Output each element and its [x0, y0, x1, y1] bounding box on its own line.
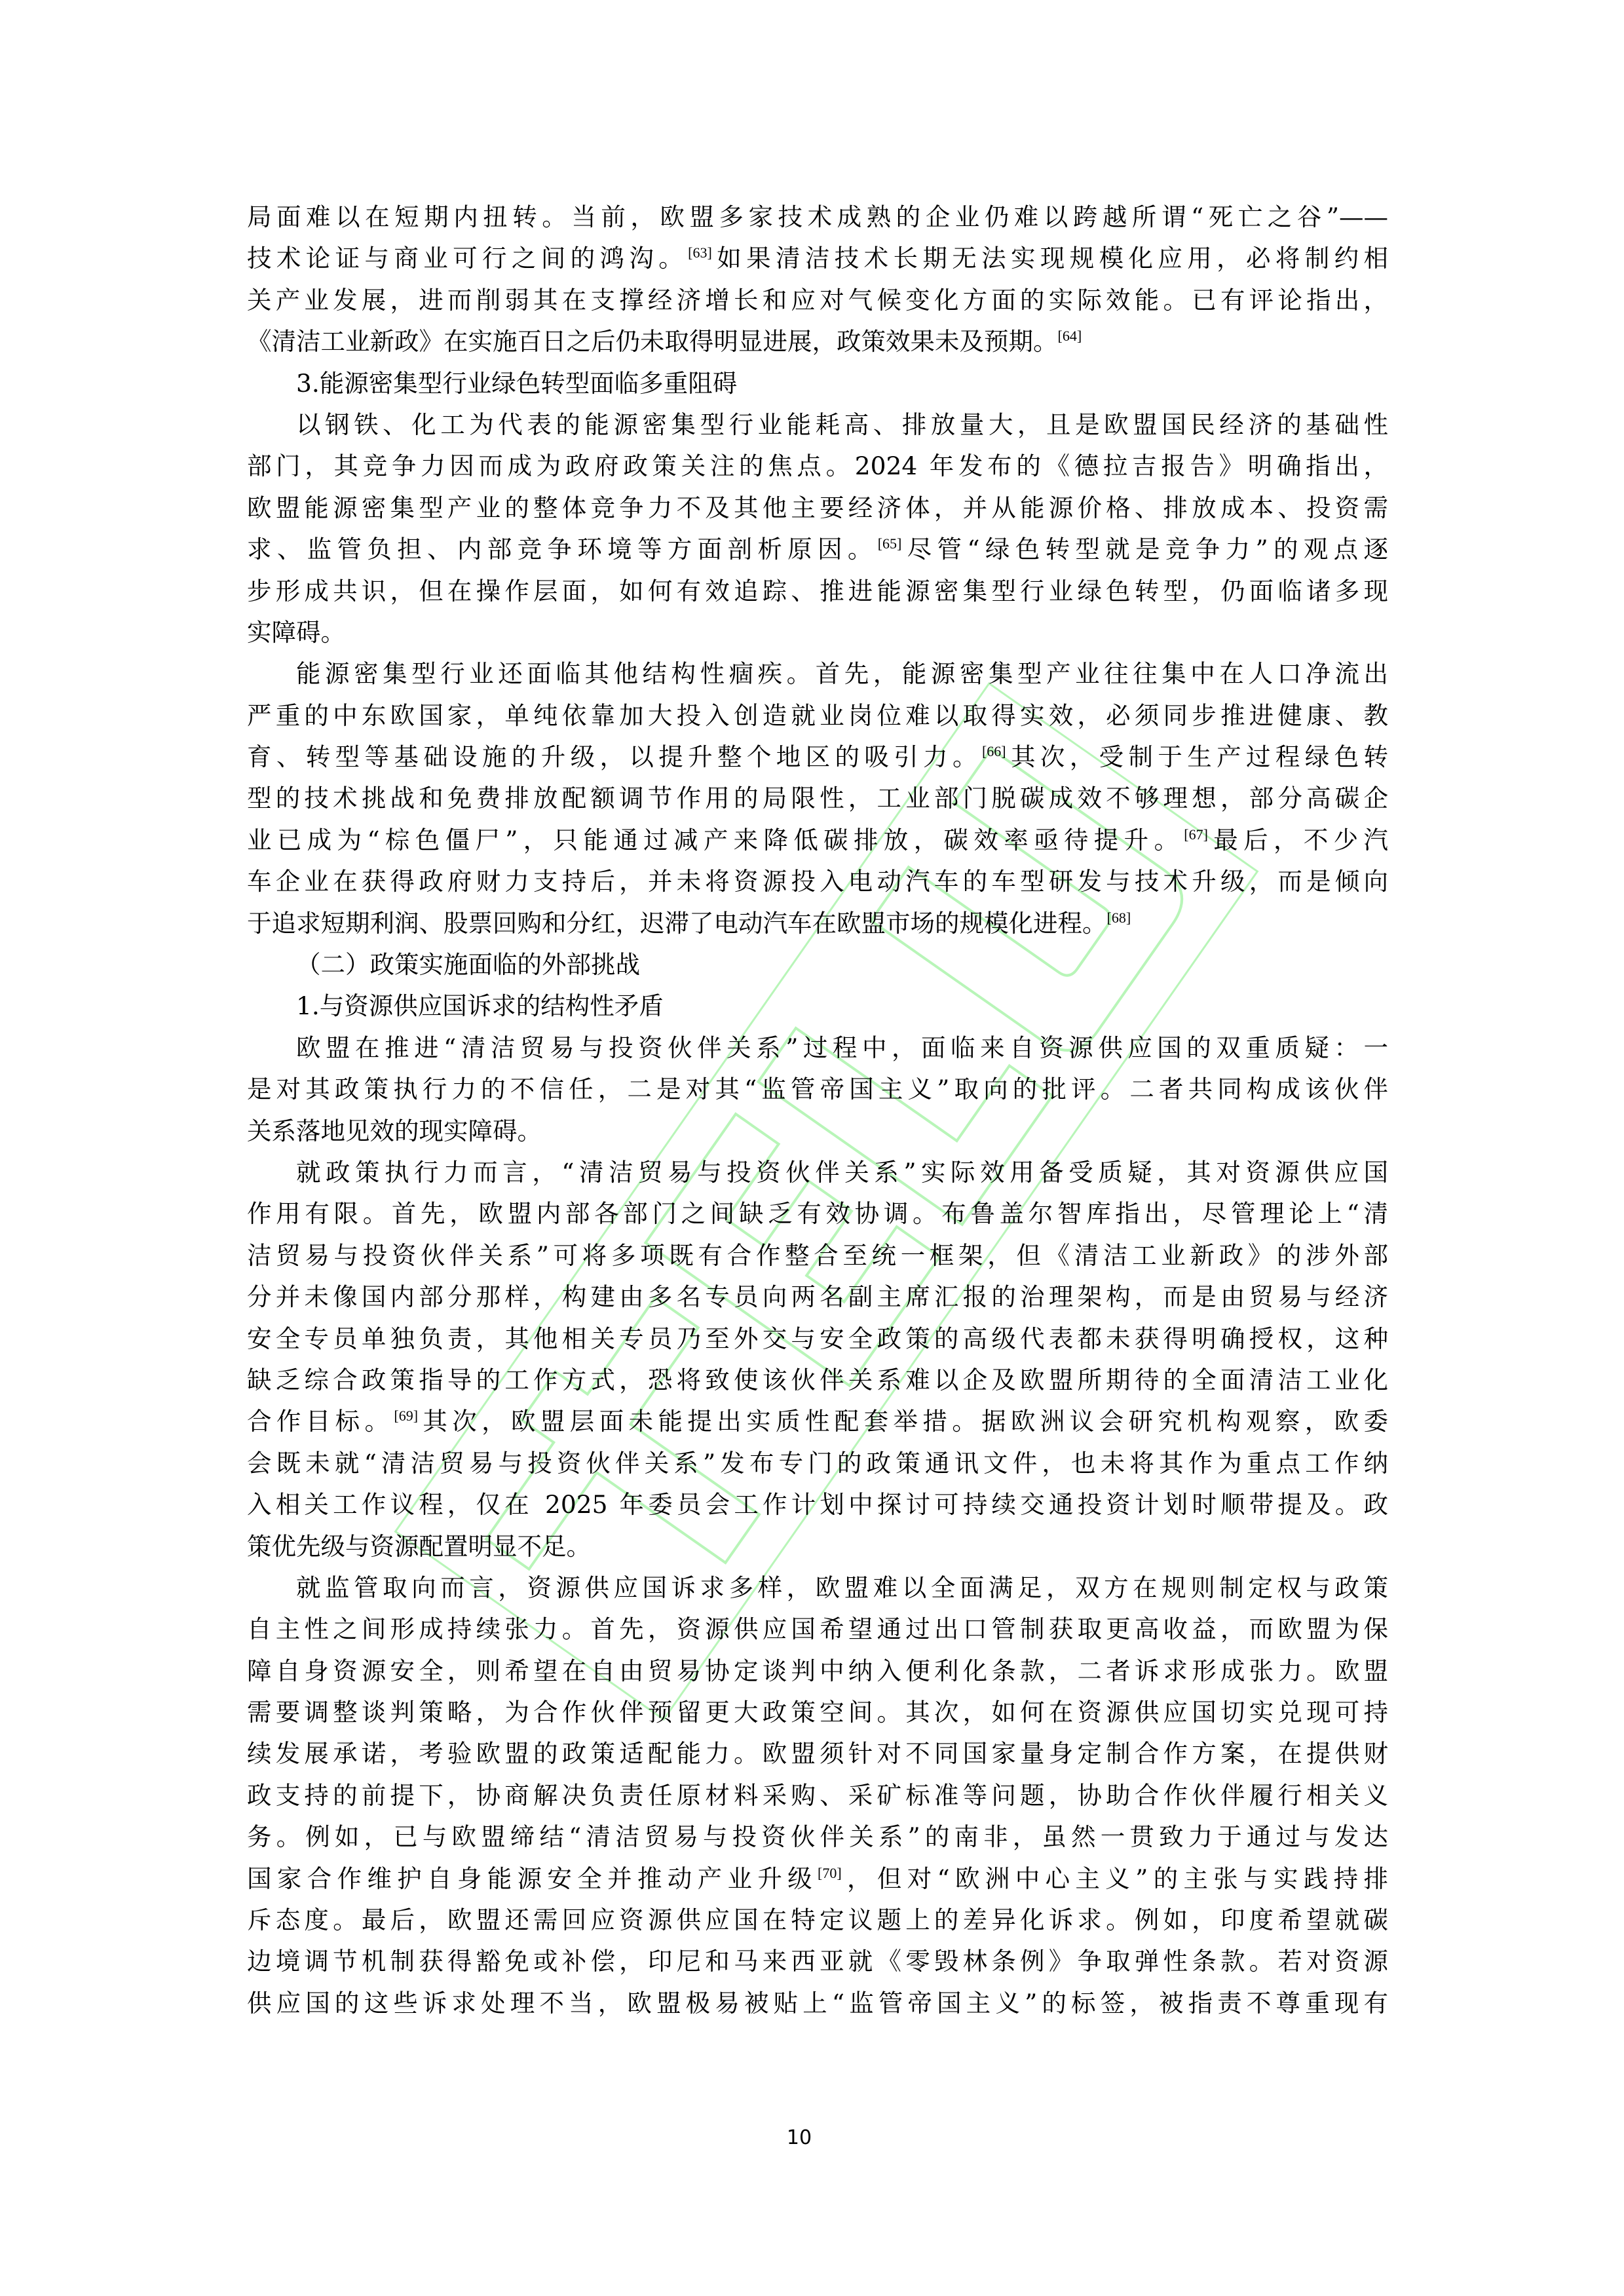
- citation-ref: [65]: [878, 535, 902, 552]
- paragraph: 就监管取向而言，资源供应国诉求多样，欧盟难以全面满足，双方在规则制定权与政策自主…: [247, 1567, 1388, 2024]
- text-segment: 国家合作维护自身能源安全并推动产业升级: [247, 1864, 818, 1893]
- text-segment: 就政策执行力而言，“清洁贸易与投资伙伴关系”实际效用备受质疑，其对资源供应国: [296, 1158, 1388, 1187]
- text-segment: 分并未像国内部分那样，构建由多名专员向两名副主席汇报的治理架构，而是由贸易与经济: [247, 1282, 1388, 1311]
- text-segment: 关系落地见效的现实障碍。: [247, 1117, 542, 1145]
- text-line: 部门，其竞争力因而成为政府政策关注的焦点。2024 年发布的《德拉吉报告》明确指…: [247, 446, 1388, 487]
- paragraph: 欧盟在推进“清洁贸易与投资伙伴关系”过程中，面临来自资源供应国的双重质疑：一是对…: [247, 1027, 1388, 1152]
- text-segment: 入相关工作议程，仅在 2025 年委员会工作计划中探讨可持续交通投资计划时顺带提…: [247, 1490, 1388, 1519]
- text-line: 3.能源密集型行业绿色转型面临多重阻碍: [247, 363, 1388, 404]
- text-segment: 局面难以在短期内扭转。当前，欧盟多家技术成熟的企业仍难以跨越所谓“死亡之谷”——: [247, 202, 1388, 231]
- text-segment: 续发展承诺，考验欧盟的政策适配能力。欧盟须针对不同国家量身定制合作方案，在提供财: [247, 1739, 1388, 1768]
- text-segment: 尽管“绿色转型就是竞争力”的观点逐: [901, 535, 1388, 564]
- text-segment: 务。例如，已与欧盟缔结“清洁贸易与投资伙伴关系”的南非，虽然一贯致力于通过与发达: [247, 1822, 1388, 1851]
- text-line: 实障碍。: [247, 612, 1388, 653]
- text-line: （二）政策实施面临的外部挑战: [247, 944, 1388, 985]
- text-line: 分并未像国内部分那样，构建由多名专员向两名副主席汇报的治理架构，而是由贸易与经济: [247, 1276, 1388, 1318]
- text-line: 障自身资源安全，则希望在自由贸易协定谈判中纳入便利化条款，二者诉求形成张力。欧盟: [247, 1651, 1388, 1692]
- citation-ref: [69]: [394, 1407, 418, 1424]
- text-line: 边境调节机制获得豁免或补偿，印尼和马来西亚就《零毁林条例》争取弹性条款。若对资源: [247, 1941, 1388, 1982]
- text-segment: 车企业在获得政府财力支持后，并未将资源投入电动汽车的车型研发与技术升级，而是倾向: [247, 867, 1388, 896]
- text-line: 步形成共识，但在操作层面，如何有效追踪、推进能源密集型行业绿色转型，仍面临诸多现: [247, 571, 1388, 612]
- paragraph: 就政策执行力而言，“清洁贸易与投资伙伴关系”实际效用备受质疑，其对资源供应国作用…: [247, 1152, 1388, 1567]
- text-line: 关系落地见效的现实障碍。: [247, 1111, 1388, 1152]
- text-line: 1.与资源供应国诉求的结构性矛盾: [247, 985, 1388, 1027]
- text-segment: 安全专员单独负责，其他相关专员乃至外交与安全政策的高级代表都未获得明确授权，这种: [247, 1324, 1388, 1353]
- citation-ref: [70]: [818, 1865, 842, 1881]
- text-segment: 严重的中东欧国家，单纯依靠加大投入创造就业岗位难以取得实效，必须同步推进健康、教: [247, 701, 1388, 730]
- text-line: 技术论证与商业可行之间的鸿沟。[63]如果清洁技术长期无法实现规模化应用，必将制…: [247, 238, 1388, 279]
- text-line: 车企业在获得政府财力支持后，并未将资源投入电动汽车的车型研发与技术升级，而是倾向: [247, 861, 1388, 902]
- text-line: 续发展承诺，考验欧盟的政策适配能力。欧盟须针对不同国家量身定制合作方案，在提供财: [247, 1733, 1388, 1774]
- text-segment: 步形成共识，但在操作层面，如何有效追踪、推进能源密集型行业绿色转型，仍面临诸多现: [247, 577, 1388, 605]
- citation-ref: [64]: [1058, 328, 1082, 344]
- text-segment: 自主性之间形成持续张力。首先，资源供应国希望通过出口管制获取更高收益，而欧盟为保: [247, 1615, 1388, 1643]
- text-segment: 型的技术挑战和免费排放配额调节作用的局限性，工业部门脱碳成效不够理想，部分高碳企: [247, 784, 1388, 813]
- text-segment: 《清洁工业新政》在实施百日之后仍未取得明显进展，政策效果未及预期。: [247, 327, 1058, 356]
- text-line: 会既未就“清洁贸易与投资伙伴关系”发布专门的政策通讯文件，也未将其作为重点工作纳: [247, 1443, 1388, 1484]
- text-line: 策优先级与资源配置明显不足。: [247, 1526, 1388, 1567]
- text-line: 是对其政策执行力的不信任，二是对其“监管帝国主义”取向的批评。二者共同构成该伙伴: [247, 1069, 1388, 1110]
- text-segment: 于追求短期利润、股票回购和分红，迟滞了电动汽车在欧盟市场的规模化进程。: [247, 909, 1107, 938]
- text-segment: 其次，欧盟层面未能提出实质性配套举措。据欧洲议会研究机构观察，欧委: [418, 1407, 1388, 1436]
- body-text: 局面难以在短期内扭转。当前，欧盟多家技术成熟的企业仍难以跨越所谓“死亡之谷”——…: [247, 197, 1388, 2024]
- text-segment: 合作目标。: [247, 1407, 394, 1436]
- text-segment: 斥态度。最后，欧盟还需回应资源供应国在特定议题上的差异化诉求。例如，印度希望就碳: [247, 1905, 1388, 1934]
- text-segment: 需要调整谈判策略，为合作伙伴预留更大政策空间。其次，如何在资源供应国切实兑现可持: [247, 1698, 1388, 1727]
- text-segment: 作用有限。首先，欧盟内部各部门之间缺乏有效协调。布鲁盖尔智库指出，尽管理论上“清: [247, 1199, 1388, 1228]
- text-segment: 会既未就“清洁贸易与投资伙伴关系”发布专门的政策通讯文件，也未将其作为重点工作纳: [247, 1449, 1388, 1478]
- page-number: 10: [773, 2126, 825, 2149]
- text-line: 供应国的这些诉求处理不当，欧盟极易被贴上“监管帝国主义”的标签，被指责不尊重现有: [247, 1983, 1388, 2024]
- text-segment: 其次，受制于生产过程绿色转: [1006, 742, 1388, 771]
- text-line: 育、转型等基础设施的升级，以提升整个地区的吸引力。[66]其次，受制于生产过程绿…: [247, 737, 1388, 778]
- text-line: 需要调整谈判策略，为合作伙伴预留更大政策空间。其次，如何在资源供应国切实兑现可持: [247, 1692, 1388, 1733]
- text-segment: 供应国的这些诉求处理不当，欧盟极易被贴上“监管帝国主义”的标签，被指责不尊重现有: [247, 1989, 1388, 2018]
- text-line: 型的技术挑战和免费排放配额调节作用的局限性，工业部门脱碳成效不够理想，部分高碳企: [247, 778, 1388, 819]
- citation-ref: [67]: [1184, 826, 1208, 843]
- text-segment: 欧盟能源密集型产业的整体竞争力不及其他主要经济体，并从能源价格、排放成本、投资需: [247, 493, 1388, 522]
- text-line: 斥态度。最后，欧盟还需回应资源供应国在特定议题上的差异化诉求。例如，印度希望就碳: [247, 1900, 1388, 1941]
- text-line: 政支持的前提下，协商解决负责任原材料采购、采矿标准等问题，协助合作伙伴履行相关义: [247, 1775, 1388, 1816]
- citation-ref: [63]: [688, 244, 712, 261]
- text-segment: 边境调节机制获得豁免或补偿，印尼和马来西亚就《零毁林条例》争取弹性条款。若对资源: [247, 1947, 1388, 1976]
- text-segment: 关产业发展，进而削弱其在支撑经济增长和应对气候变化方面的实际效能。已有评论指出，: [247, 286, 1388, 315]
- paragraph: 能源密集型行业还面临其他结构性痼疾。首先，能源密集型产业往往集中在人口净流出严重…: [247, 653, 1388, 944]
- text-segment: 洁贸易与投资伙伴关系”可将多项既有合作整合至统一框架，但《清洁工业新政》的涉外部: [247, 1241, 1388, 1270]
- text-line: 自主性之间形成持续张力。首先，资源供应国希望通过出口管制获取更高收益，而欧盟为保: [247, 1609, 1388, 1650]
- text-line: 于追求短期利润、股票回购和分红，迟滞了电动汽车在欧盟市场的规模化进程。[68]: [247, 903, 1388, 944]
- text-segment: 1.与资源供应国诉求的结构性矛盾: [296, 991, 664, 1020]
- text-line: 洁贸易与投资伙伴关系”可将多项既有合作整合至统一框架，但《清洁工业新政》的涉外部: [247, 1235, 1388, 1276]
- text-segment: 部门，其竞争力因而成为政府政策关注的焦点。2024 年发布的《德拉吉报告》明确指…: [247, 451, 1388, 480]
- text-line: 以钢铁、化工为代表的能源密集型行业能耗高、排放量大，且是欧盟国民经济的基础性: [247, 404, 1388, 446]
- text-line: 就监管取向而言，资源供应国诉求多样，欧盟难以全面满足，双方在规则制定权与政策: [247, 1567, 1388, 1609]
- text-segment: 欧盟在推进“清洁贸易与投资伙伴关系”过程中，面临来自资源供应国的双重质疑：一: [296, 1033, 1388, 1062]
- text-line: 《清洁工业新政》在实施百日之后仍未取得明显进展，政策效果未及预期。[64]: [247, 321, 1388, 362]
- text-segment: 求、监管负担、内部竞争环境等方面剖析原因。: [247, 535, 878, 564]
- text-line: 务。例如，已与欧盟缔结“清洁贸易与投资伙伴关系”的南非，虽然一贯致力于通过与发达: [247, 1816, 1388, 1858]
- text-line: 局面难以在短期内扭转。当前，欧盟多家技术成熟的企业仍难以跨越所谓“死亡之谷”——: [247, 197, 1388, 238]
- text-line: 欧盟在推进“清洁贸易与投资伙伴关系”过程中，面临来自资源供应国的双重质疑：一: [247, 1027, 1388, 1069]
- citation-ref: [68]: [1107, 909, 1131, 926]
- text-segment: 业已成为“棕色僵尸”，只能通过减产来降低碳排放，碳效率亟待提升。: [247, 826, 1184, 854]
- text-segment: 实障碍。: [247, 618, 345, 647]
- text-segment: 育、转型等基础设施的升级，以提升整个地区的吸引力。: [247, 742, 982, 771]
- text-segment: 如果清洁技术长期无法实现规模化应用，必将制约相: [712, 244, 1388, 273]
- text-line: 严重的中东欧国家，单纯依靠加大投入创造就业岗位难以取得实效，必须同步推进健康、教: [247, 695, 1388, 737]
- text-segment: 3.能源密集型行业绿色转型面临多重阻碍: [296, 369, 737, 398]
- text-segment: 缺乏综合政策指导的工作方式，恐将致使该伙伴关系难以企及欧盟所期待的全面清洁工业化: [247, 1366, 1388, 1394]
- text-line: 入相关工作议程，仅在 2025 年委员会工作计划中探讨可持续交通投资计划时顺带提…: [247, 1484, 1388, 1525]
- text-line: 关产业发展，进而削弱其在支撑经济增长和应对气候变化方面的实际效能。已有评论指出，: [247, 280, 1388, 321]
- text-segment: 是对其政策执行力的不信任，二是对其“监管帝国主义”取向的批评。二者共同构成该伙伴: [247, 1075, 1388, 1103]
- text-segment: 最后，不少汽: [1208, 826, 1388, 854]
- text-line: 合作目标。[69]其次，欧盟层面未能提出实质性配套举措。据欧洲议会研究机构观察，…: [247, 1401, 1388, 1442]
- section-heading: 3.能源密集型行业绿色转型面临多重阻碍: [247, 363, 1388, 404]
- text-segment: 就监管取向而言，资源供应国诉求多样，欧盟难以全面满足，双方在规则制定权与政策: [296, 1573, 1388, 1602]
- text-segment: 技术论证与商业可行之间的鸿沟。: [247, 244, 688, 273]
- text-segment: ，但对“欧洲中心主义”的主张与实践持排: [842, 1864, 1388, 1893]
- paragraph: 以钢铁、化工为代表的能源密集型行业能耗高、排放量大，且是欧盟国民经济的基础性部门…: [247, 404, 1388, 653]
- text-line: 业已成为“棕色僵尸”，只能通过减产来降低碳排放，碳效率亟待提升。[67]最后，不…: [247, 820, 1388, 861]
- section-heading: （二）政策实施面临的外部挑战: [247, 944, 1388, 985]
- text-segment: 策优先级与资源配置明显不足。: [247, 1532, 591, 1561]
- text-line: 就政策执行力而言，“清洁贸易与投资伙伴关系”实际效用备受质疑，其对资源供应国: [247, 1152, 1388, 1193]
- text-line: 能源密集型行业还面临其他结构性痼疾。首先，能源密集型产业往往集中在人口净流出: [247, 653, 1388, 695]
- document-page: 局面难以在短期内扭转。当前，欧盟多家技术成熟的企业仍难以跨越所谓“死亡之谷”——…: [0, 0, 1624, 2296]
- text-line: 求、监管负担、内部竞争环境等方面剖析原因。[65]尽管“绿色转型就是竞争力”的观…: [247, 529, 1388, 570]
- paragraph: 局面难以在短期内扭转。当前，欧盟多家技术成熟的企业仍难以跨越所谓“死亡之谷”——…: [247, 197, 1388, 363]
- text-line: 作用有限。首先，欧盟内部各部门之间缺乏有效协调。布鲁盖尔智库指出，尽管理论上“清: [247, 1193, 1388, 1234]
- text-line: 欧盟能源密集型产业的整体竞争力不及其他主要经济体，并从能源价格、排放成本、投资需: [247, 488, 1388, 529]
- text-segment: 障自身资源安全，则希望在自由贸易协定谈判中纳入便利化条款，二者诉求形成张力。欧盟: [247, 1656, 1388, 1685]
- text-line: 缺乏综合政策指导的工作方式，恐将致使该伙伴关系难以企及欧盟所期待的全面清洁工业化: [247, 1360, 1388, 1401]
- text-line: 国家合作维护自身能源安全并推动产业升级[70]，但对“欧洲中心主义”的主张与实践…: [247, 1858, 1388, 1900]
- text-segment: 政支持的前提下，协商解决负责任原材料采购、采矿标准等问题，协助合作伙伴履行相关义: [247, 1781, 1388, 1810]
- text-line: 安全专员单独负责，其他相关专员乃至外交与安全政策的高级代表都未获得明确授权，这种: [247, 1318, 1388, 1360]
- text-segment: 能源密集型行业还面临其他结构性痼疾。首先，能源密集型产业往往集中在人口净流出: [296, 659, 1388, 688]
- text-segment: 以钢铁、化工为代表的能源密集型行业能耗高、排放量大，且是欧盟国民经济的基础性: [296, 410, 1388, 439]
- section-heading: 1.与资源供应国诉求的结构性矛盾: [247, 985, 1388, 1027]
- citation-ref: [66]: [982, 743, 1006, 759]
- text-segment: （二）政策实施面临的外部挑战: [296, 950, 640, 979]
